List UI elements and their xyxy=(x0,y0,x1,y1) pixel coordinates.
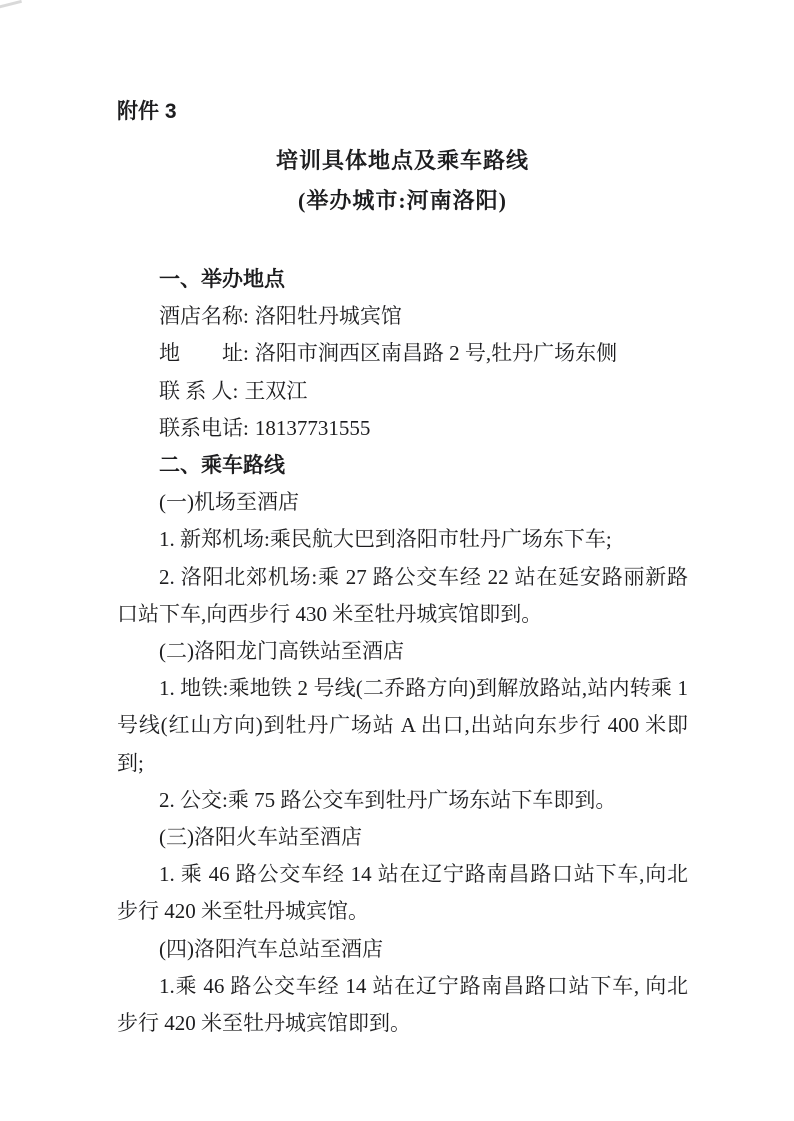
route-item: 1. 乘 46 路公交车经 14 站在辽宁路南昌路口站下车,向北步行 420 米… xyxy=(117,856,688,930)
venue-field-hotel-name: 酒店名称:洛阳牡丹城宾馆 xyxy=(117,298,688,335)
field-label: 酒店名称: xyxy=(159,304,249,328)
route-item: 1.乘 46 路公交车经 14 站在辽宁路南昌路口站下车, 向北步行 420 米… xyxy=(117,968,688,1042)
route-item: 1. 新郑机场:乘民航大巴到洛阳市牡丹广场东下车; xyxy=(117,521,688,558)
route-item: 2. 洛阳北郊机场:乘 27 路公交车经 22 站在延安路丽新路口站下车,向西步… xyxy=(117,559,688,633)
route-subsection-heading-airport: (一)机场至酒店 xyxy=(117,484,688,521)
field-label: 联 系 人: xyxy=(159,379,238,403)
doc-subtitle: (举办城市:河南洛阳) xyxy=(117,181,688,221)
venue-field-contact-person: 联 系 人:王双江 xyxy=(117,373,688,410)
route-item: 2. 公交:乘 75 路公交车到牡丹广场东站下车即到。 xyxy=(117,782,688,819)
field-value: 18137731555 xyxy=(255,416,371,440)
field-label: 地 址: xyxy=(159,341,249,365)
routes-section-heading: 二、乘车路线 xyxy=(117,447,688,484)
field-label: 联系电话: xyxy=(159,416,249,440)
venue-field-address: 地 址:洛阳市涧西区南昌路 2 号,牡丹广场东侧 xyxy=(117,335,688,372)
document-page: 附件 3 培训具体地点及乘车路线 (举办城市:河南洛阳) 一、举办地点 酒店名称… xyxy=(0,0,794,1121)
route-subsection-heading-bus-terminal: (四)洛阳汽车总站至酒店 xyxy=(117,931,688,968)
route-subsection-heading-railway-station: (三)洛阳火车站至酒店 xyxy=(117,819,688,856)
field-value: 洛阳市涧西区南昌路 2 号,牡丹广场东侧 xyxy=(255,341,617,365)
venue-field-contact-phone: 联系电话:18137731555 xyxy=(117,410,688,447)
field-value: 洛阳牡丹城宾馆 xyxy=(255,304,402,328)
field-value: 王双江 xyxy=(244,379,307,403)
route-item: 1. 地铁:乘地铁 2 号线(二乔路方向)到解放路站,站内转乘 1 号线(红山方… xyxy=(117,670,688,782)
scan-artifact-mark xyxy=(0,0,22,9)
doc-title: 培训具体地点及乘车路线 xyxy=(117,141,688,181)
venue-section-heading: 一、举办地点 xyxy=(117,261,688,298)
attachment-label: 附件 3 xyxy=(117,93,688,131)
route-subsection-heading-hsr-station: (二)洛阳龙门高铁站至酒店 xyxy=(117,633,688,670)
doc-body: 一、举办地点 酒店名称:洛阳牡丹城宾馆 地 址:洛阳市涧西区南昌路 2 号,牡丹… xyxy=(117,261,688,1042)
